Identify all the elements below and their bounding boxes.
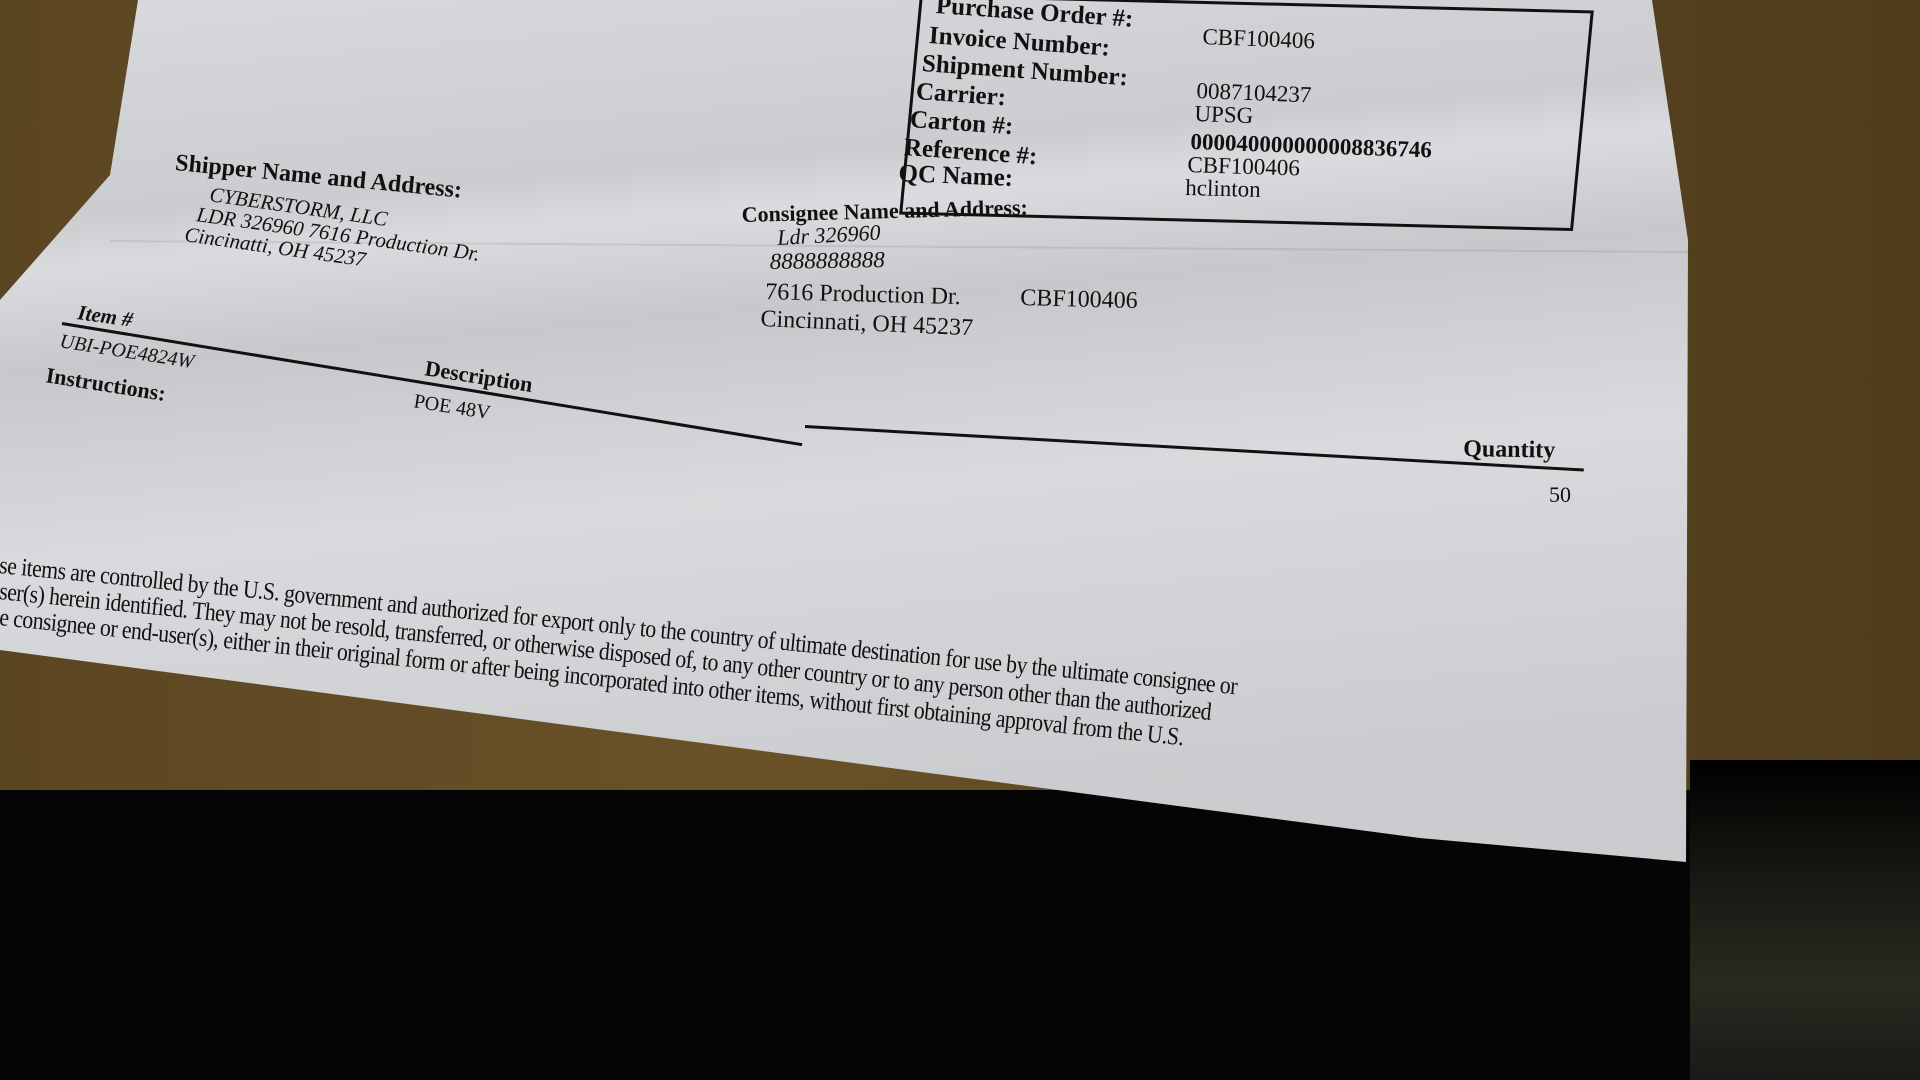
value-carrier: UPSG — [1194, 101, 1254, 129]
quantity-value: 50 — [1549, 482, 1571, 508]
shadow-area — [1690, 760, 1920, 1080]
label-qc-name: QC Name: — [898, 160, 1014, 193]
value-purchase-order: CBF100406 — [1202, 24, 1315, 54]
header-quantity: Quantity — [1463, 436, 1555, 465]
consignee-phone: 8888888888 — [770, 247, 885, 275]
value-qc-name: hclinton — [1185, 175, 1261, 203]
consignee-name: Ldr 326960 — [777, 220, 882, 251]
consignee-address: 7616 Production Dr. — [765, 279, 961, 311]
consignee-reference: CBF100406 — [1020, 285, 1138, 315]
